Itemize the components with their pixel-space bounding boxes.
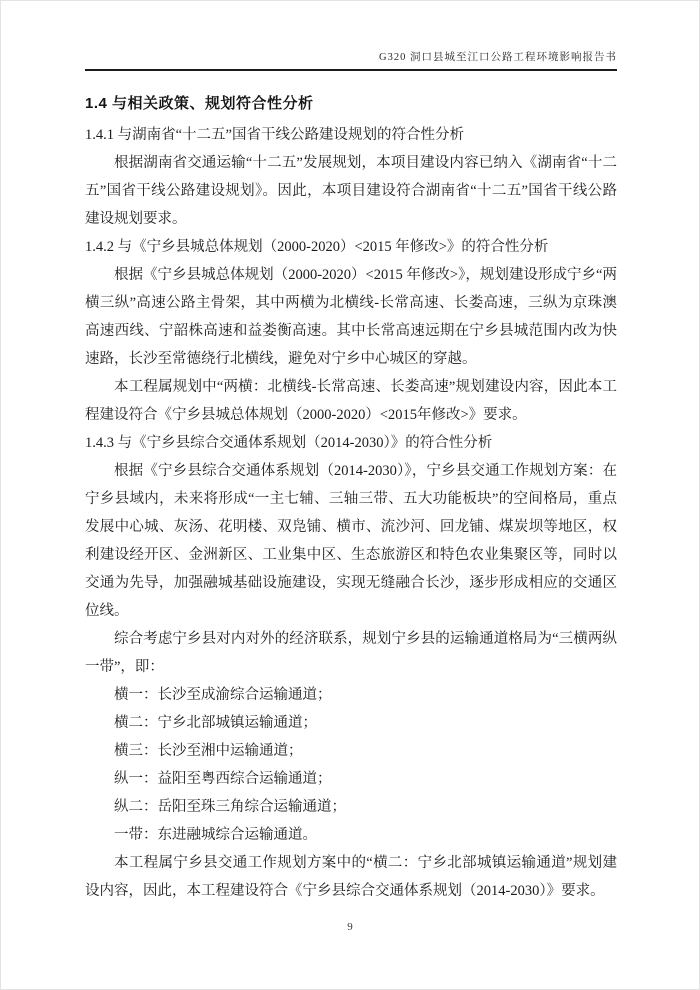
corridor-list-item-2: 横二：宁乡北部城镇运输通道； [85, 709, 617, 737]
page-footer: 9 [1, 921, 699, 933]
paragraph-1-4-2-p1: 根据《宁乡县城总体规划（2000-2020）<2015 年修改>》，规划建设形成… [85, 261, 617, 373]
section-title-1-4-3: 1.4.3 与《宁乡县综合交通体系规划（2014-2030）》的符合性分析 [85, 429, 617, 457]
paragraph-1-4-1-p1: 根据湖南省交通运输“十二五”发展规划，本项目建设内容已纳入《湖南省“十二五”国省… [85, 149, 617, 233]
section-title-1-4-2: 1.4.2 与《宁乡县城总体规划（2000-2020）<2015 年修改>》的符… [85, 233, 617, 261]
section-title-1-4-1: 1.4.1 与湖南省“十二五”国省干线公路建设规划的符合性分析 [85, 121, 617, 149]
corridor-list-item-5: 纵二：岳阳至珠三角综合运输通道； [85, 793, 617, 821]
corridor-list-item-6: 一带：东进融城综合运输通道。 [85, 821, 617, 849]
paragraph-1-4-3-p3: 本工程属宁乡县交通工作规划方案中的“横二：宁乡北部城镇运输通道”规划建设内容，因… [85, 849, 617, 905]
page-header: G320 洞口县城至江口公路工程环境影响报告书 [85, 49, 617, 71]
section-title-1-4: 1.4 与相关政策、规划符合性分析 [85, 91, 617, 117]
corridor-list-item-4: 纵一：益阳至粤西综合运输通道； [85, 765, 617, 793]
document-content: 1.4 与相关政策、规划符合性分析 1.4.1 与湖南省“十二五”国省干线公路建… [85, 91, 617, 905]
running-title: G320 洞口县城至江口公路工程环境影响报告书 [379, 52, 617, 63]
paragraph-1-4-3-p2: 综合考虑宁乡县对内对外的经济联系，规划宁乡县的运输通道格局为“三横两纵一带”，即… [85, 625, 617, 681]
corridor-list-item-3: 横三：长沙至湘中运输通道； [85, 737, 617, 765]
page-number: 9 [347, 921, 353, 933]
paragraph-1-4-3-p1: 根据《宁乡县综合交通体系规划（2014-2030）》，宁乡县交通工作规划方案：在… [85, 457, 617, 625]
corridor-list-item-1: 横一：长沙至成渝综合运输通道； [85, 681, 617, 709]
paragraph-1-4-2-p2: 本工程属规划中“两横：北横线-长常高速、长娄高速”规划建设内容，因此本工程建设符… [85, 373, 617, 429]
document-page: G320 洞口县城至江口公路工程环境影响报告书 1.4 与相关政策、规划符合性分… [0, 0, 700, 990]
